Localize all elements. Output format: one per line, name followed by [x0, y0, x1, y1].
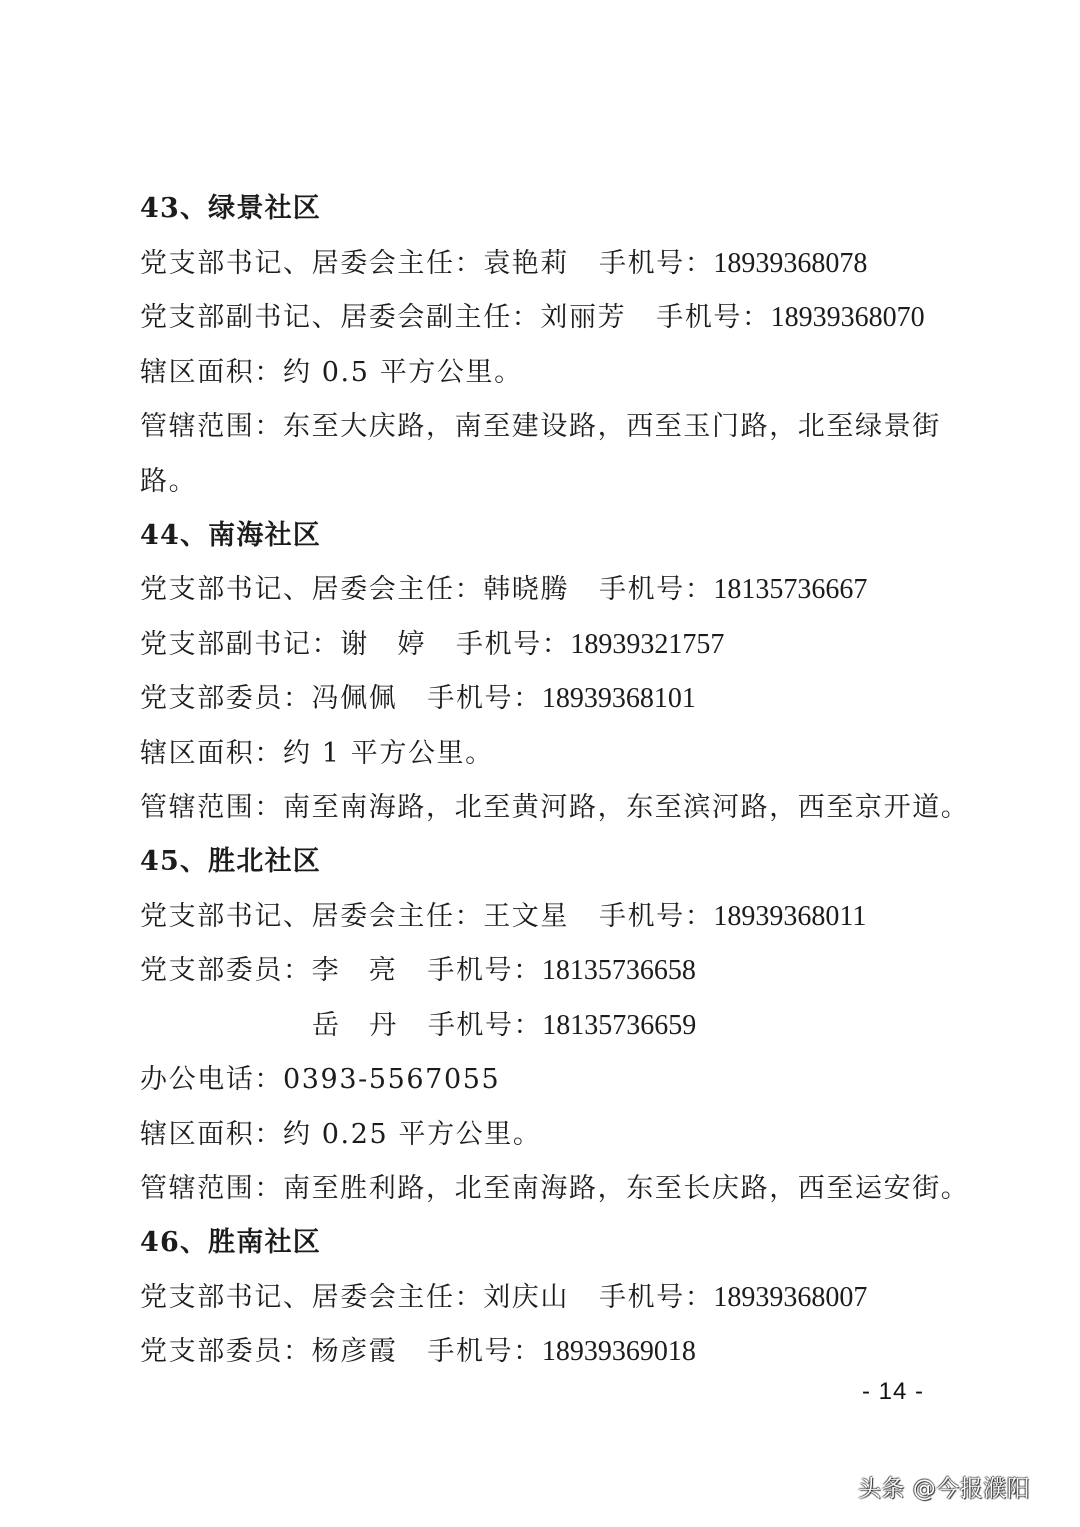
- role-label: 党支部委员：: [140, 1336, 312, 1367]
- person-name: 谢 婷: [340, 629, 426, 660]
- boundary-line: 管辖范围：东至大庆路，南至建设路，西至玉门路，北至绿景街: [140, 407, 941, 447]
- boundary-line: 管辖范围：南至胜利路，北至南海路，东至长庆路，西至运安街。: [140, 1169, 969, 1209]
- page-number: - 14 -: [862, 1378, 924, 1406]
- phone-label: 手机号：: [599, 1282, 713, 1313]
- phone-number: 18939368007: [713, 1282, 867, 1313]
- phone-number: 18939368011: [713, 901, 866, 932]
- role-label: 党支部书记、居委会主任：: [140, 901, 483, 932]
- person-name: 韩晓腾: [483, 574, 569, 605]
- contact-line: 党支部委员：冯佩佩手机号：18939368101: [140, 679, 696, 719]
- contact-line: 党支部副书记、居委会副主任：刘丽芳手机号：18939368070: [140, 298, 925, 338]
- area-line: 辖区面积：约 1 平方公里。: [140, 734, 494, 774]
- person-name: 岳 丹: [312, 1010, 398, 1041]
- phone-label: 手机号：: [456, 629, 570, 660]
- phone-number: 18939369018: [542, 1336, 696, 1367]
- phone-number: 18939368101: [542, 683, 696, 714]
- person-name: 刘庆山: [483, 1282, 569, 1313]
- phone-label: 手机号：: [427, 955, 541, 986]
- contact-line-indented: 岳 丹手机号：18135736659: [312, 1006, 696, 1046]
- phone-label: 手机号：: [427, 683, 541, 714]
- role-label: 党支部委员：: [140, 955, 312, 986]
- role-label: 党支部副书记：: [140, 629, 340, 660]
- section-heading-45: 45、胜北社区: [140, 842, 321, 882]
- document-page: 43、绿景社区 党支部书记、居委会主任：袁艳莉手机号：18939368078 党…: [0, 0, 1080, 1527]
- role-label: 党支部书记、居委会主任：: [140, 248, 483, 279]
- role-label: 党支部副书记、居委会副主任：: [140, 302, 540, 333]
- role-label: 党支部书记、居委会主任：: [140, 574, 483, 605]
- phone-number: 18939368070: [771, 302, 925, 333]
- boundary-line: 管辖范围：南至南海路，北至黄河路，东至滨河路，西至京开道。: [140, 788, 969, 828]
- watermark: 头条 @今报濮阳: [858, 1470, 1030, 1503]
- person-name: 李 亮: [312, 955, 398, 986]
- phone-number: 18135736667: [713, 574, 867, 605]
- role-label: 党支部委员：: [140, 683, 312, 714]
- phone-label: 手机号：: [599, 248, 713, 279]
- phone-label: 手机号：: [427, 1336, 541, 1367]
- person-name: 王文星: [483, 901, 569, 932]
- person-name: 杨彦霞: [312, 1336, 398, 1367]
- phone-number: 18939368078: [713, 248, 867, 279]
- role-label: 党支部书记、居委会主任：: [140, 1282, 483, 1313]
- phone-number: 18135736658: [542, 955, 696, 986]
- area-line: 辖区面积：约 0.25 平方公里。: [140, 1115, 541, 1155]
- contact-line: 党支部委员：杨彦霞手机号：18939369018: [140, 1332, 696, 1372]
- person-name: 冯佩佩: [312, 683, 398, 714]
- section-heading-44: 44、南海社区: [140, 516, 321, 556]
- contact-line: 党支部书记、居委会主任：韩晓腾手机号：18135736667: [140, 570, 867, 610]
- section-heading-43: 43、绿景社区: [140, 189, 321, 229]
- contact-line: 党支部委员：李 亮手机号：18135736658: [140, 951, 696, 991]
- section-heading-46: 46、胜南社区: [140, 1223, 321, 1263]
- phone-number: 18135736659: [542, 1010, 696, 1041]
- contact-line: 党支部书记、居委会主任：刘庆山手机号：18939368007: [140, 1278, 867, 1318]
- office-phone-line: 办公电话：0393-5567055: [140, 1060, 500, 1100]
- phone-number: 18939321757: [570, 629, 724, 660]
- contact-line: 党支部副书记：谢 婷手机号：18939321757: [140, 625, 724, 665]
- phone-label: 手机号：: [599, 901, 713, 932]
- phone-label: 手机号：: [599, 574, 713, 605]
- person-name: 袁艳莉: [483, 248, 569, 279]
- person-name: 刘丽芳: [540, 302, 626, 333]
- phone-label: 手机号：: [428, 1010, 542, 1041]
- contact-line: 党支部书记、居委会主任：王文星手机号：18939368011: [140, 897, 866, 937]
- area-line: 辖区面积：约 0.5 平方公里。: [140, 353, 523, 393]
- boundary-line-continued: 路。: [140, 462, 197, 502]
- contact-line: 党支部书记、居委会主任：袁艳莉手机号：18939368078: [140, 244, 867, 284]
- phone-label: 手机号：: [656, 302, 770, 333]
